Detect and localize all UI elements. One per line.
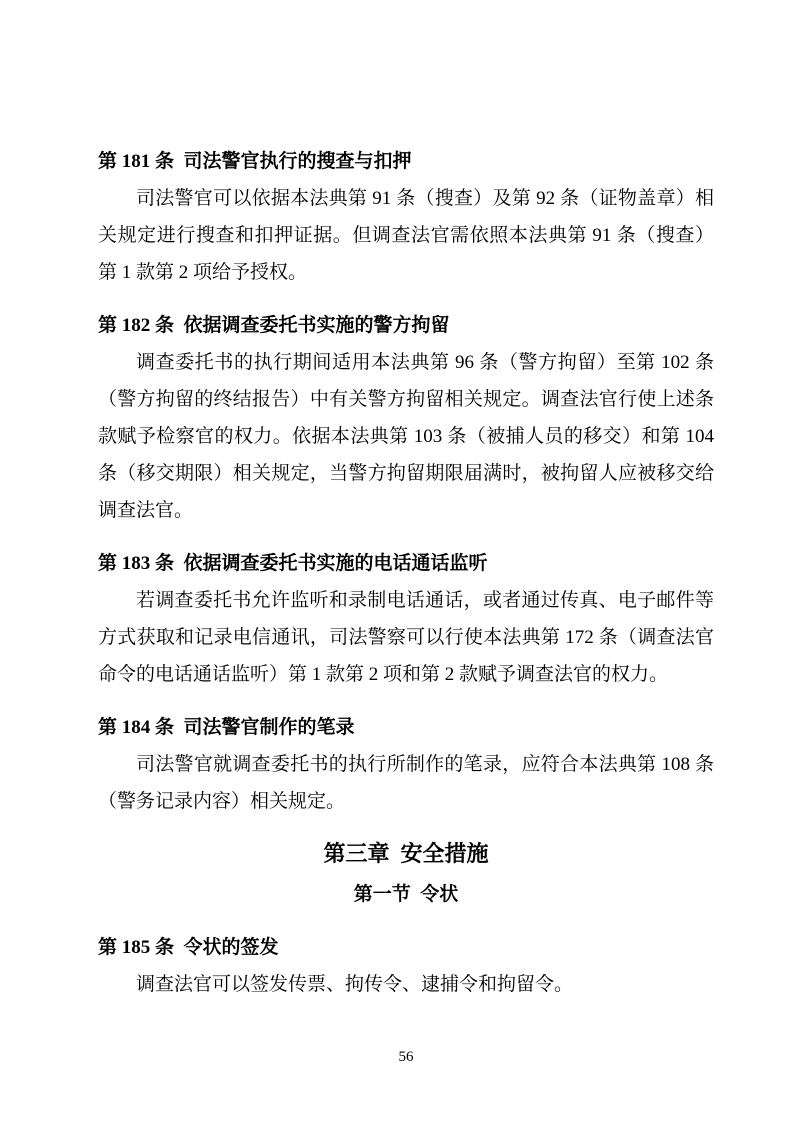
page-footer: 56 bbox=[98, 1048, 714, 1066]
article-183-heading: 第 183 条 依据调查委托书实施的电话通话监听 bbox=[98, 545, 714, 582]
article-182-heading: 第 182 条 依据调查委托书实施的警方拘留 bbox=[98, 307, 714, 344]
article-183: 第 183 条 依据调查委托书实施的电话通话监听 若调查委托书允许监听和录制电话… bbox=[98, 545, 714, 693]
article-184-body: 司法警官就调查委托书的执行所制作的笔录，应符合本法典第 108 条（警务记录内容… bbox=[98, 746, 714, 820]
document-page: 第 181 条 司法警官执行的搜查与扣押 司法警官可以依据本法典第 91 条（搜… bbox=[0, 0, 793, 1122]
article-185: 第 185 条 令状的签发 调查法官可以签发传票、拘传令、逮捕令和拘留令。 bbox=[98, 929, 714, 1003]
article-181: 第 181 条 司法警官执行的搜查与扣押 司法警官可以依据本法典第 91 条（搜… bbox=[98, 143, 714, 291]
article-181-body: 司法警官可以依据本法典第 91 条（搜查）及第 92 条（证物盖章）相关规定进行… bbox=[98, 180, 714, 291]
page-content: 第 181 条 司法警官执行的搜查与扣押 司法警官可以依据本法典第 91 条（搜… bbox=[98, 143, 714, 1003]
page-number: 56 bbox=[399, 1049, 414, 1065]
chapter-heading: 第三章 安全措施 bbox=[98, 832, 714, 876]
article-184: 第 184 条 司法警官制作的笔录 司法警官就调查委托书的执行所制作的笔录，应符… bbox=[98, 709, 714, 820]
section-heading: 第一节 令状 bbox=[98, 876, 714, 913]
article-185-heading: 第 185 条 令状的签发 bbox=[98, 929, 714, 966]
article-184-heading: 第 184 条 司法警官制作的笔录 bbox=[98, 709, 714, 746]
article-182: 第 182 条 依据调查委托书实施的警方拘留 调查委托书的执行期间适用本法典第 … bbox=[98, 307, 714, 529]
article-183-body: 若调查委托书允许监听和录制电话通话，或者通过传真、电子邮件等方式获取和记录电信通… bbox=[98, 582, 714, 693]
article-185-body: 调查法官可以签发传票、拘传令、逮捕令和拘留令。 bbox=[98, 966, 714, 1003]
article-182-body: 调查委托书的执行期间适用本法典第 96 条（警方拘留）至第 102 条（警方拘留… bbox=[98, 344, 714, 529]
article-181-heading: 第 181 条 司法警官执行的搜查与扣押 bbox=[98, 143, 714, 180]
